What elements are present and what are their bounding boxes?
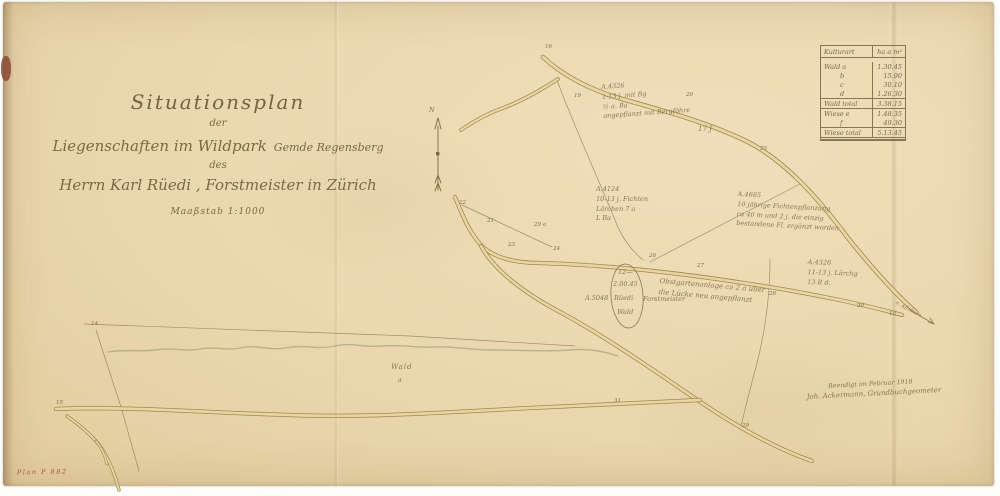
point-number: 15 bbox=[56, 400, 63, 406]
annotation-wald-sub: d bbox=[398, 377, 402, 385]
point-number: 22 bbox=[459, 200, 466, 206]
map-scale: Maaßstab 1:1000 bbox=[40, 207, 396, 217]
point-number: 24 bbox=[553, 246, 560, 252]
point-number: 26 bbox=[649, 253, 656, 259]
annotation-parcel-a4326-top: A.4326 1-13 j. mit Bg ½ a. Ba angepflanz… bbox=[601, 77, 691, 122]
point-number: 18 bbox=[889, 311, 896, 317]
point-number: 16 bbox=[545, 44, 552, 50]
table-row: f 49.30 bbox=[821, 118, 905, 127]
point-number: 14 bbox=[91, 321, 98, 327]
point-number: 29 bbox=[742, 423, 749, 429]
title-der: der bbox=[40, 118, 396, 129]
archive-plan-number: Plan P 882 bbox=[17, 468, 68, 477]
table-header: Kulturart ha a m² bbox=[821, 46, 905, 58]
table-row: d 1.26.30 bbox=[821, 89, 905, 98]
area-table: Kulturart ha a m² Wald a 1.30.45 b 15.90… bbox=[820, 45, 906, 141]
point-number: 28 bbox=[769, 291, 776, 297]
plan-scan: Situationsplan der Liegenschaften im Wil… bbox=[0, 0, 1000, 496]
point-number: 25 bbox=[760, 146, 767, 152]
annotation-house-number: 12— bbox=[618, 268, 633, 278]
road-bottom bbox=[56, 400, 700, 416]
point-number: 23 bbox=[508, 242, 515, 248]
page-title: Situationsplan bbox=[40, 90, 396, 114]
point-number: 19 bbox=[574, 93, 581, 99]
title-owner-line: Herrn Karl Rüedi , Forstmeister in Züric… bbox=[40, 176, 396, 194]
point-number: 27 bbox=[697, 263, 704, 269]
point-number: 21 bbox=[487, 218, 494, 224]
annotation-age-17j: 17 J bbox=[698, 124, 712, 135]
annotation-parcel-a4124: A.4124 10-13 j. Fichten Lärchen 7 a L Ba bbox=[596, 185, 648, 224]
table-row: c 30.10 bbox=[821, 80, 905, 89]
point-number: 29 a bbox=[534, 222, 546, 228]
stream-line bbox=[108, 345, 618, 356]
table-row: Wiese e 1.48.35 bbox=[821, 108, 905, 118]
annotation-owner-name: Rüedi bbox=[614, 294, 633, 304]
point-number: 20 bbox=[686, 92, 693, 98]
road-fork-bottom-left bbox=[67, 416, 119, 490]
point-number: 31 bbox=[614, 398, 621, 404]
annotation-house-area: 2.00.45 bbox=[613, 280, 638, 290]
road-upper-fork bbox=[461, 79, 558, 130]
annotation-parcel-a5048: A.5048 bbox=[585, 294, 608, 304]
point-number: 30 bbox=[857, 303, 864, 309]
road-diagonal bbox=[481, 246, 812, 461]
north-label: N bbox=[429, 106, 435, 114]
annotation-parcel-a4326-right: A.4326 11-13 j. Lärchg 13 R d. bbox=[807, 258, 858, 289]
title-block: Situationsplan der Liegenschaften im Wil… bbox=[40, 90, 396, 217]
table-row: b 15.90 bbox=[821, 71, 905, 80]
table-row-total: Wiese total 5.13.45 bbox=[821, 127, 905, 140]
north-arrow-icon bbox=[435, 118, 441, 191]
table-row: Wald a 1.30.45 bbox=[821, 62, 905, 71]
annotation-wald-small: Wald bbox=[617, 308, 633, 318]
table-row-total: Wald total 3.38.15 bbox=[821, 98, 905, 108]
annotation-wald: Wald bbox=[391, 362, 412, 373]
title-property-line: Liegenschaften im WildparkGemde Regensbe… bbox=[40, 137, 396, 155]
title-des: des bbox=[40, 160, 396, 171]
annotation-parcel-a4685: A.4685 10 jährige Fichtenpflanzung ca 40… bbox=[736, 190, 841, 234]
